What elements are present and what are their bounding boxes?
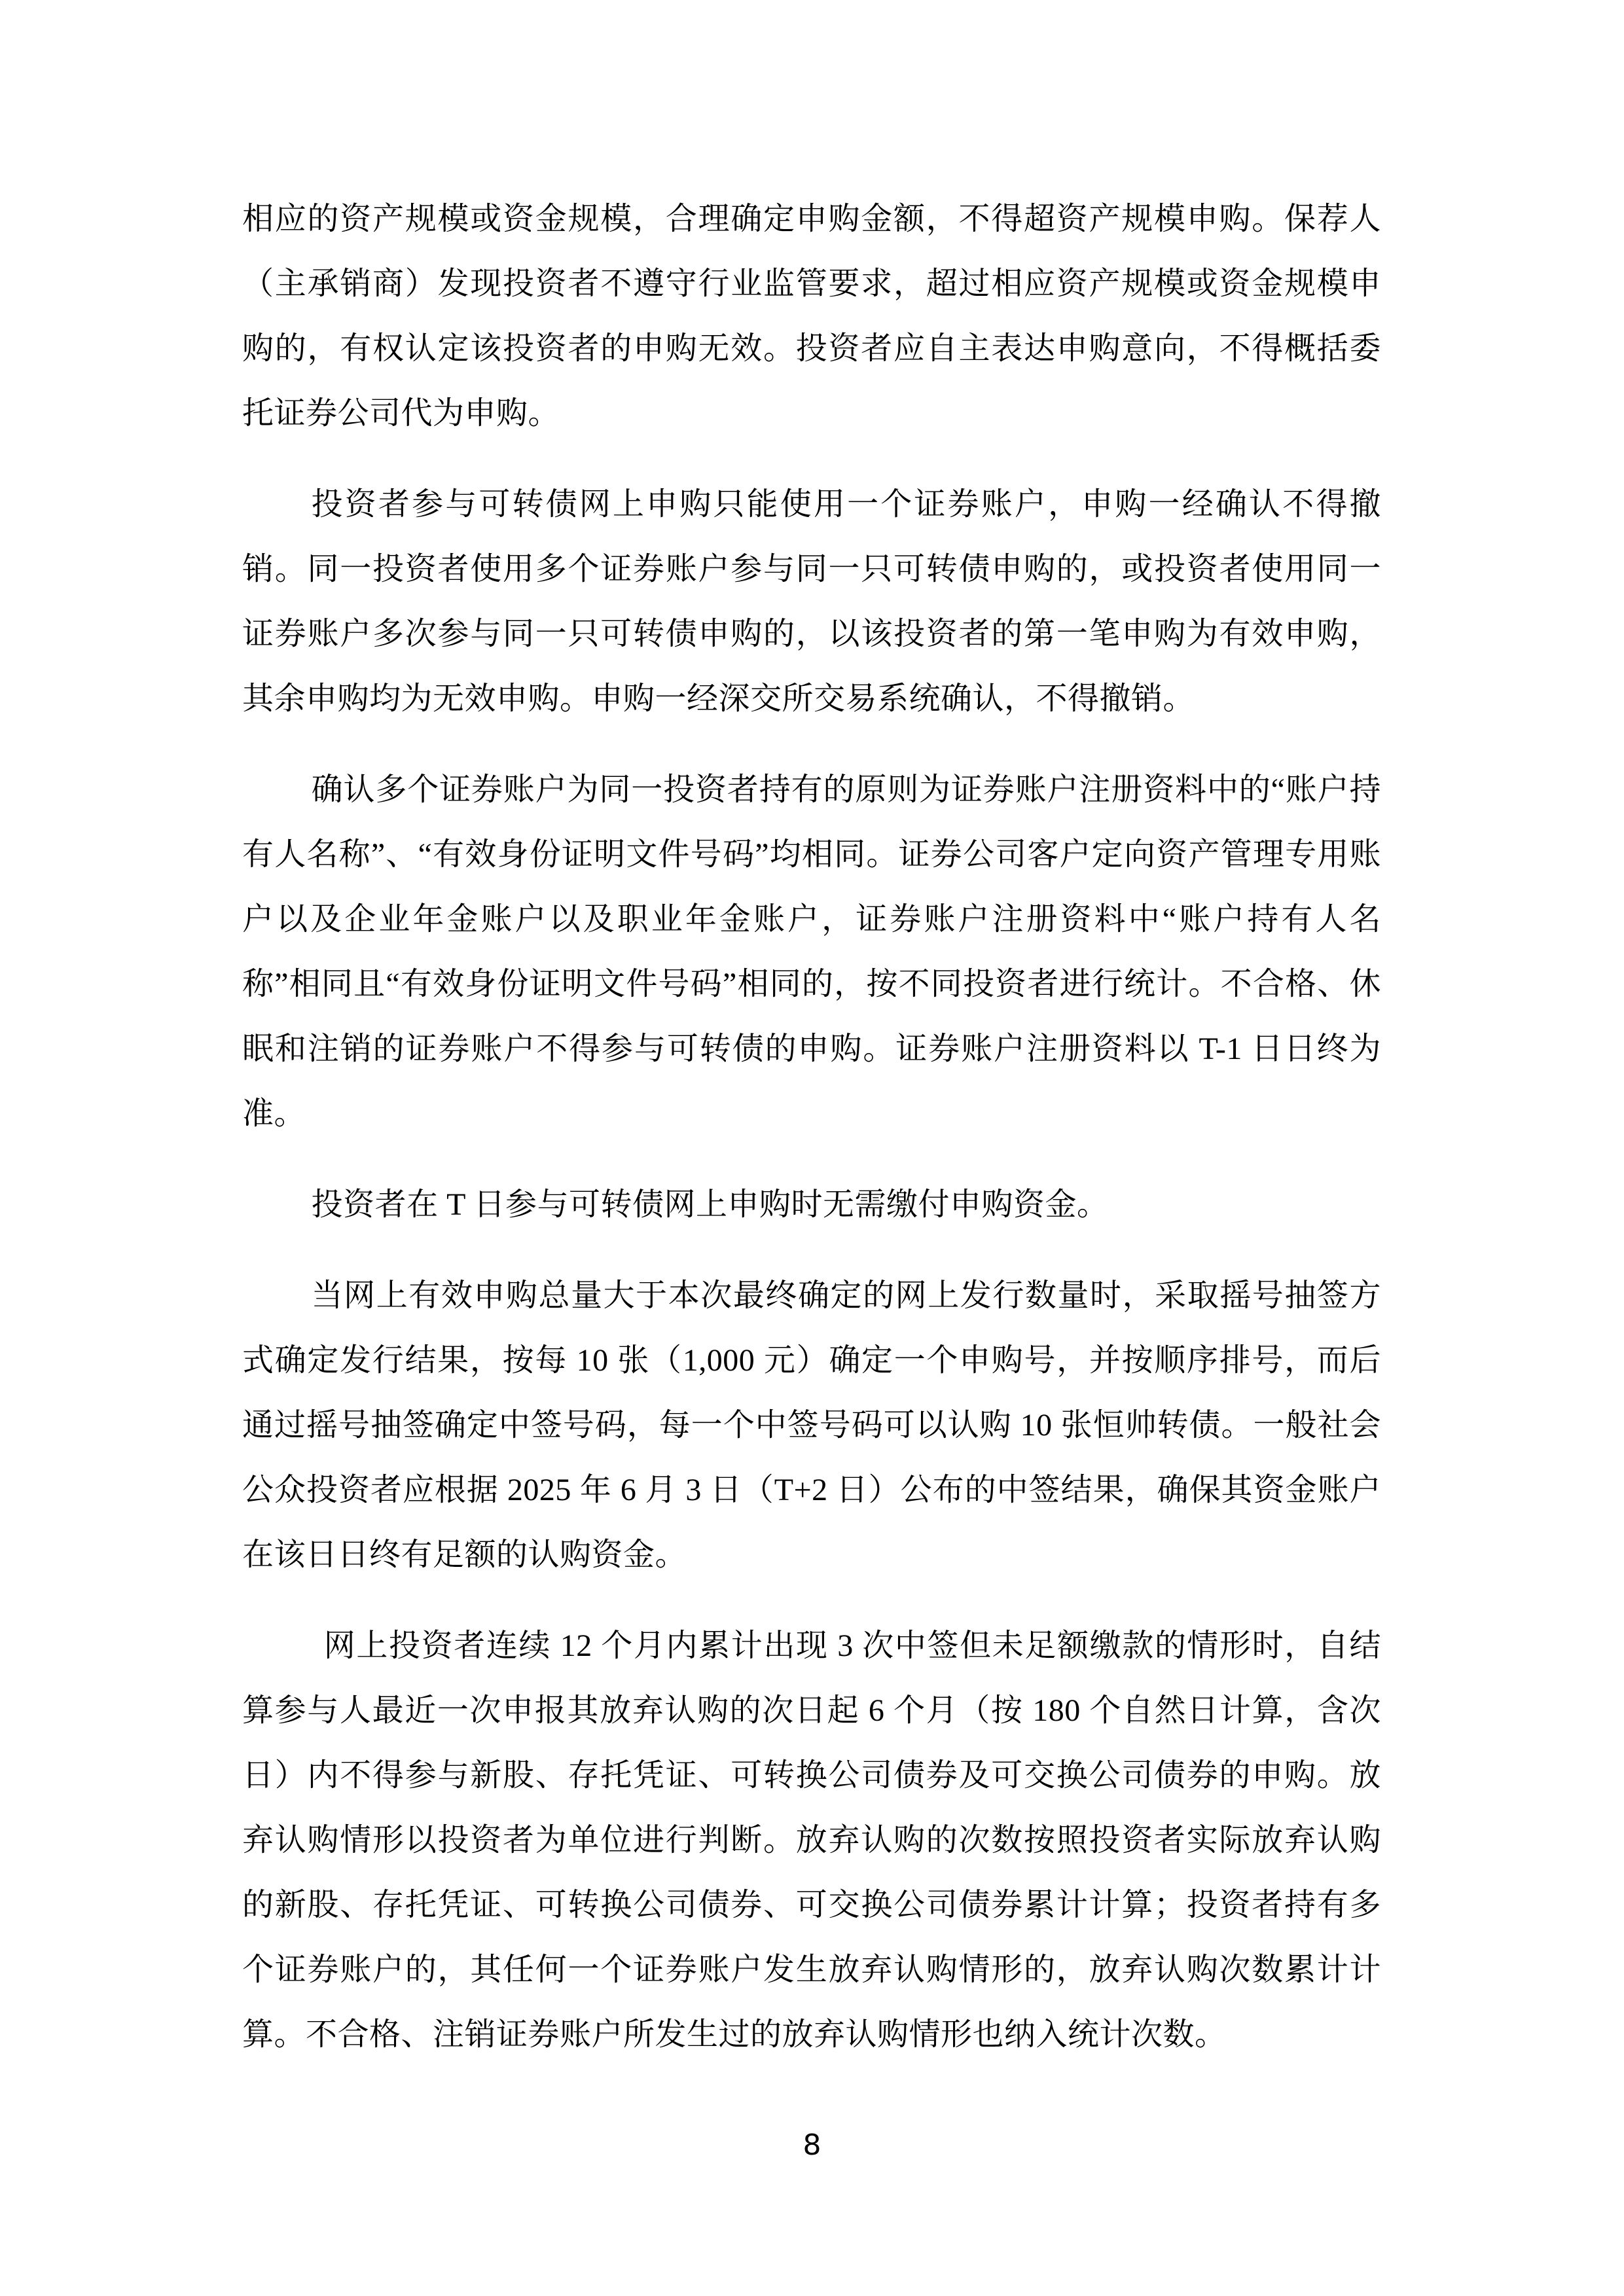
paragraph: 投资者在 T 日参与可转债网上申购时无需缴付申购资金。 bbox=[242, 1172, 1381, 1237]
page-number: 8 bbox=[0, 2128, 1624, 2163]
paragraph: 网上投资者连续 12 个月内累计出现 3 次中签但未足额缴款的情形时，自结算参与… bbox=[242, 1613, 1381, 2067]
paragraph: 确认多个证券账户为同一投资者持有的原则为证券账户注册资料中的“账户持有人名称”、… bbox=[242, 757, 1381, 1146]
paragraph: 投资者参与可转债网上申购只能使用一个证券账户，申购一经确认不得撤销。同一投资者使… bbox=[242, 472, 1381, 731]
document-body: 相应的资产规模或资金规模，合理确定申购金额，不得超资产规模申购。保荐人（主承销商… bbox=[242, 187, 1381, 2067]
paragraph: 当网上有效申购总量大于本次最终确定的网上发行数量时，采取摇号抽签方式确定发行结果… bbox=[242, 1263, 1381, 1587]
document-page: 相应的资产规模或资金规模，合理确定申购金额，不得超资产规模申购。保荐人（主承销商… bbox=[0, 0, 1624, 2296]
paragraph: 相应的资产规模或资金规模，合理确定申购金额，不得超资产规模申购。保荐人（主承销商… bbox=[242, 187, 1381, 446]
